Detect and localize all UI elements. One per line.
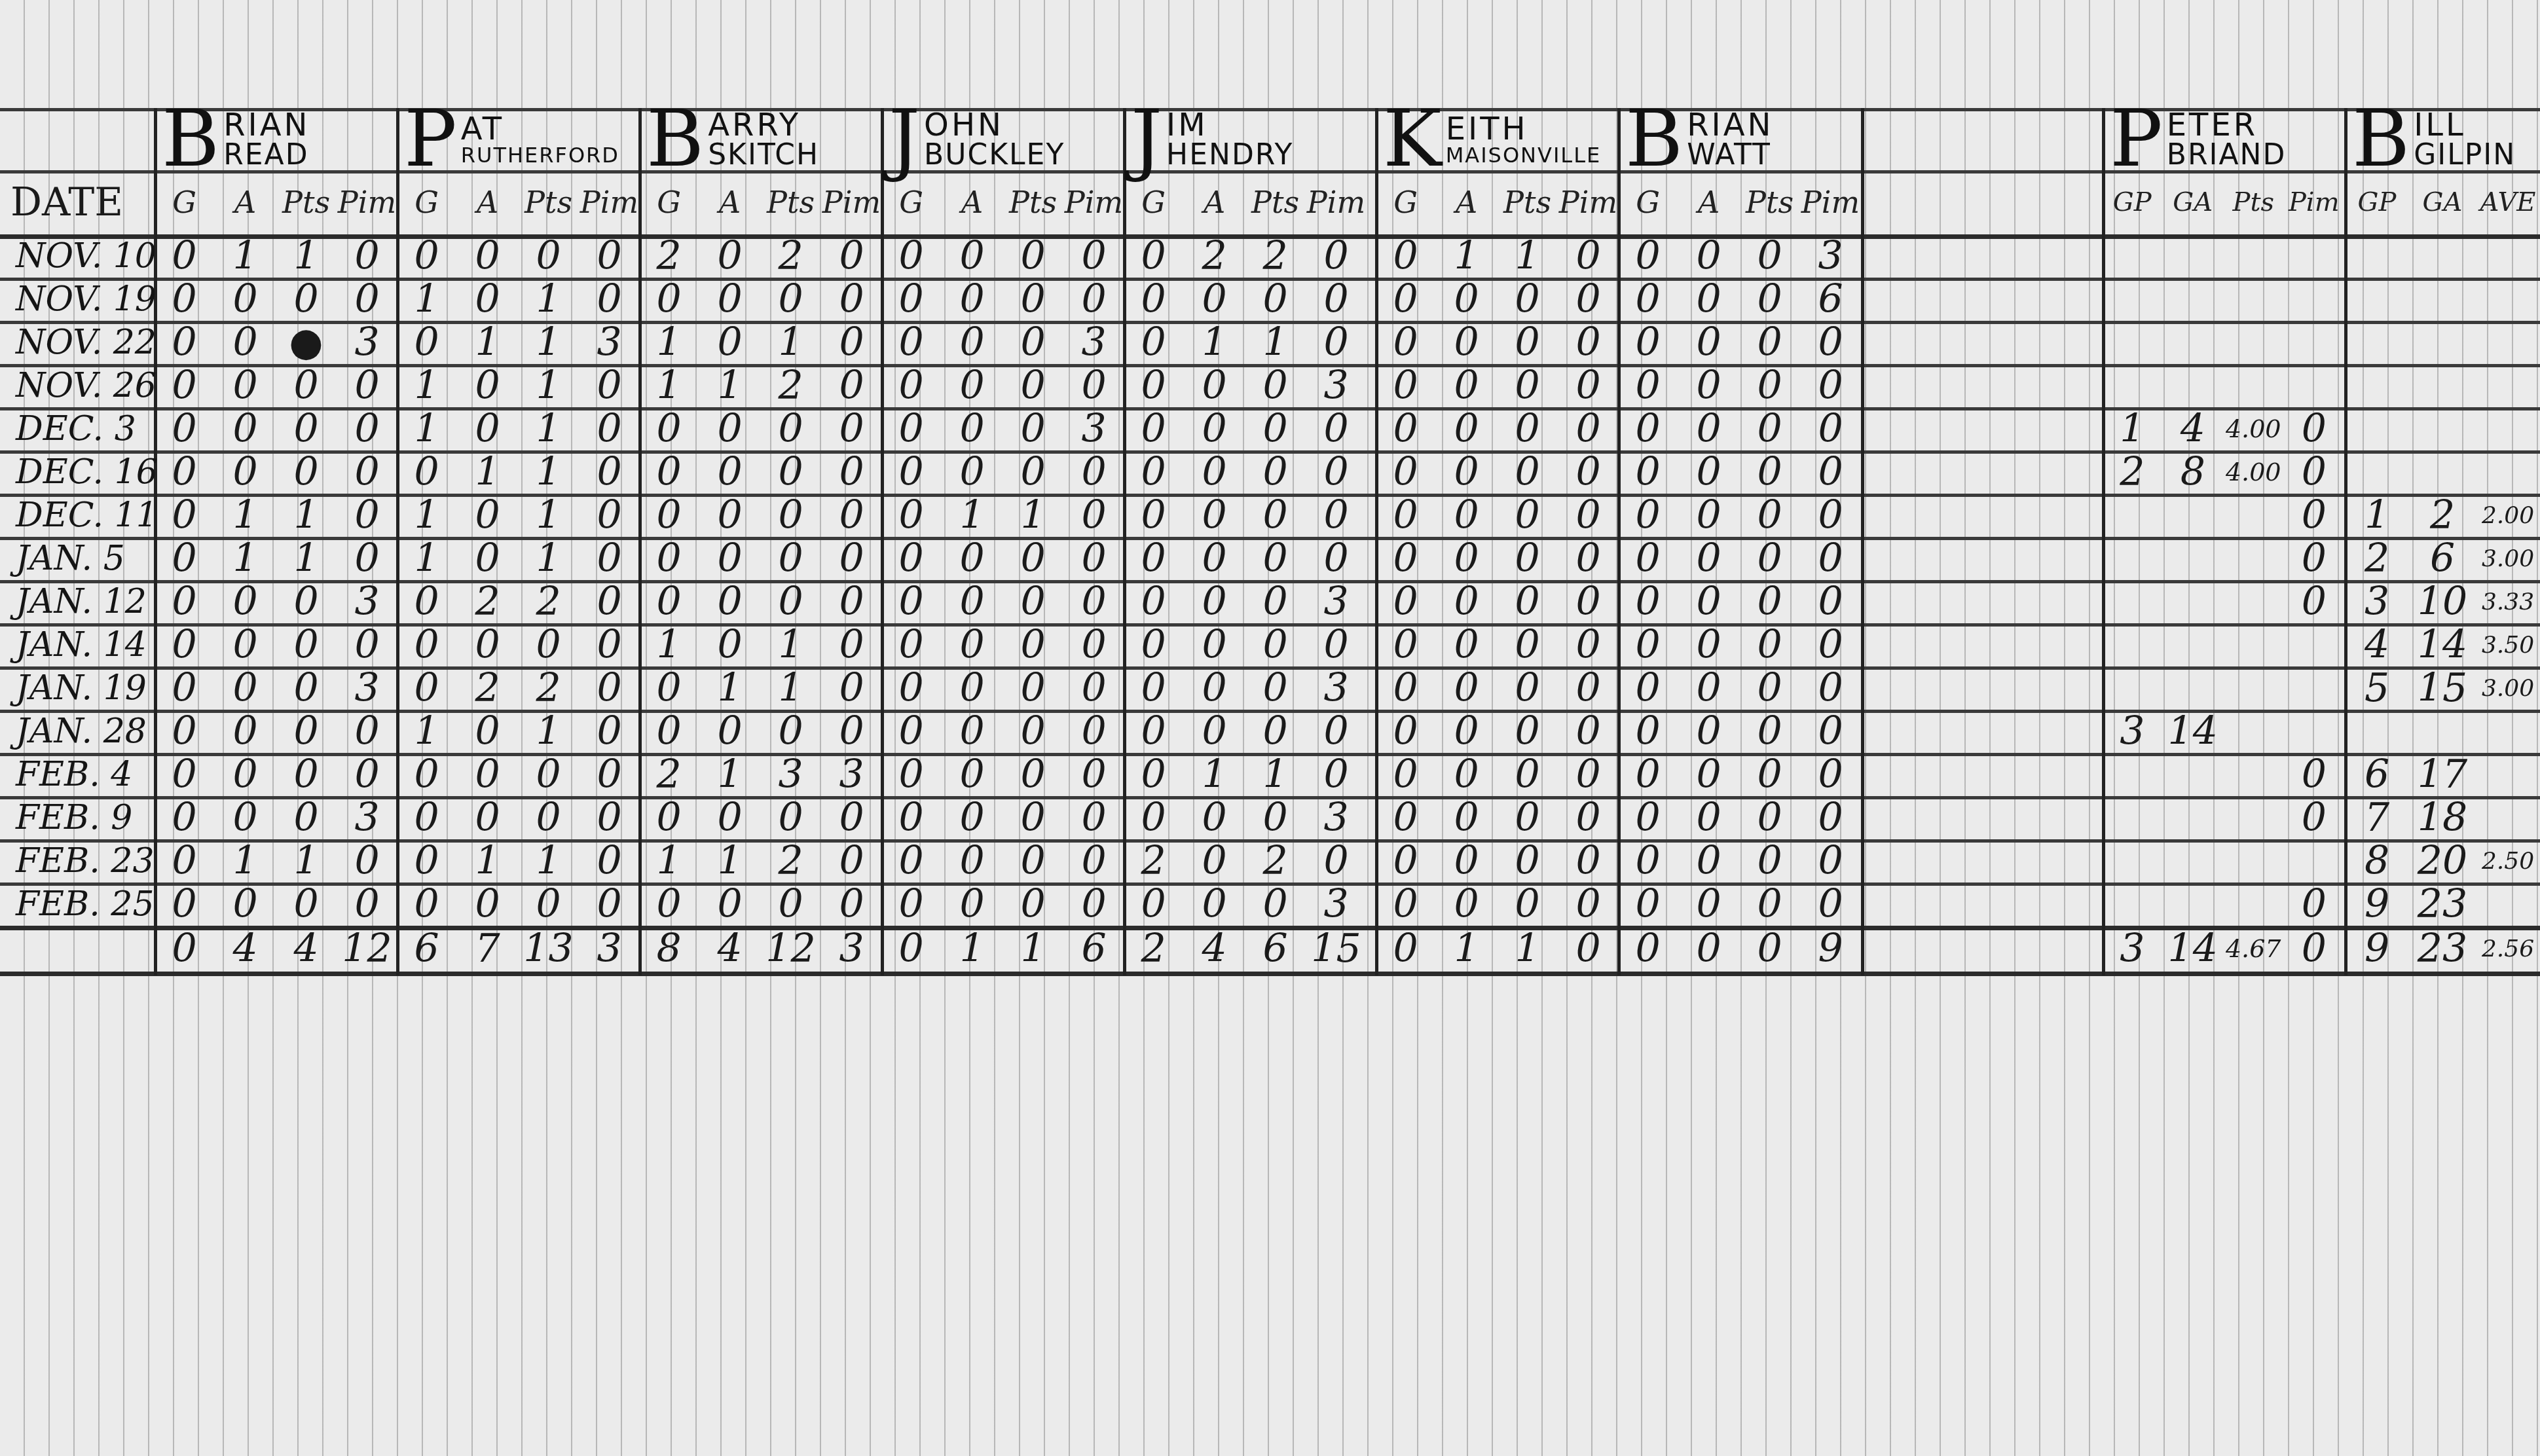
goalie-stat-header: GP [2344, 170, 2410, 234]
goalie-stat-cell: 2 [2410, 494, 2475, 537]
stat-cell: 0 [215, 364, 276, 407]
stat-cell: 0 [699, 580, 760, 623]
goalie-stat-cell: 3 [2102, 710, 2163, 753]
stat-cell: 0 [1375, 666, 1436, 710]
goalie-stat-cell [2223, 753, 2284, 796]
goalie-stat-cell [2410, 321, 2475, 364]
goalie-stat-cell [2163, 278, 2224, 321]
stat-cell: 0 [1678, 321, 1739, 364]
goalie-stat-cell [2102, 623, 2163, 666]
stat-cell: 0 [1739, 839, 1800, 883]
stat-cell: 0 [1678, 407, 1739, 450]
stat-cell: 0 [1497, 753, 1558, 796]
stat-cell: 0 [579, 234, 640, 278]
last-name: SKITCH [708, 141, 819, 170]
goalie-stat-cell: 2 [2344, 537, 2410, 580]
stat-cell: 0 [1617, 407, 1678, 450]
stat-cell: 0 [579, 753, 640, 796]
goalie-stat-cell: 6 [2410, 537, 2475, 580]
stat-cell: 0 [518, 234, 579, 278]
stat-cell: 0 [1003, 278, 1063, 321]
stat-header: Pts [1245, 170, 1306, 234]
goalie-stat-cell [2102, 278, 2163, 321]
stat-cell: 0 [821, 407, 882, 450]
season-total: 1 [1003, 926, 1063, 972]
stat-cell: 0 [1306, 234, 1367, 278]
stat-cell: 0 [1245, 883, 1306, 926]
stat-cell: 0 [821, 321, 882, 364]
stat-cell: 0 [579, 364, 640, 407]
stat-cell: 1 [518, 450, 579, 494]
goalie-stat-cell: 3.00 [2475, 666, 2540, 710]
stat-cell: 0 [638, 494, 699, 537]
goalie-stat-cell: 4.00 [2223, 407, 2284, 450]
goalie-stat-cell [2475, 753, 2540, 796]
stat-cell: 0 [1306, 710, 1367, 753]
stat-cell: 0 [154, 710, 215, 753]
stat-cell: 1 [942, 494, 1003, 537]
goalie-stat-cell [2284, 839, 2345, 883]
first-name: ETER [2167, 109, 2287, 141]
stat-header: G [1375, 170, 1436, 234]
stat-cell: 0 [1306, 494, 1367, 537]
stat-cell: 0 [1123, 321, 1184, 364]
stat-cell: 0 [1063, 278, 1124, 321]
season-total: 6 [1063, 926, 1124, 972]
stat-cell: 0 [154, 450, 215, 494]
stat-cell: 0 [276, 450, 337, 494]
goalie-stat-header: GA [2163, 170, 2224, 234]
stat-cell: 0 [1558, 234, 1619, 278]
stat-cell: 0 [457, 753, 518, 796]
stat-cell: 0 [1497, 580, 1558, 623]
stat-cell: 0 [942, 321, 1003, 364]
stat-cell: 0 [1617, 450, 1678, 494]
player-name-header: PATRUTHERFORD [404, 108, 640, 170]
stat-cell: 0 [942, 710, 1003, 753]
stat-cell: 0 [1497, 407, 1558, 450]
stat-cell: 2 [457, 580, 518, 623]
goalie-stat-cell [2223, 839, 2284, 883]
stat-cell: 0 [821, 623, 882, 666]
stat-cell: 0 [337, 278, 397, 321]
stat-cell: 0 [1558, 537, 1619, 580]
stat-cell: 0 [1678, 234, 1739, 278]
stat-cell: 0 [1800, 623, 1861, 666]
stat-cell: 0 [881, 666, 942, 710]
stat-cell: 0 [1678, 753, 1739, 796]
stat-cell: 2 [1184, 234, 1245, 278]
stat-cell: 0 [942, 234, 1003, 278]
game-date: NOV. 26 [0, 364, 170, 407]
goalie-stat-cell: 6 [2344, 753, 2410, 796]
stat-cell: 0 [579, 710, 640, 753]
stat-cell: 0 [154, 796, 215, 839]
stat-cell: 0 [1063, 494, 1124, 537]
stat-cell: 0 [457, 537, 518, 580]
player-name-header: KEITHMAISONVILLE [1383, 108, 1619, 170]
goalie-stat-cell [2163, 666, 2224, 710]
stat-cell: 0 [821, 537, 882, 580]
stat-header: Pts [518, 170, 579, 234]
stat-cell: 0 [821, 450, 882, 494]
goalie-stat-cell: 3 [2344, 580, 2410, 623]
stat-cell: 0 [396, 450, 457, 494]
player-name-header: PETERBRIAND [2110, 108, 2344, 170]
stat-cell: 1 [699, 753, 760, 796]
first-name: AT [461, 113, 619, 145]
stat-cell: 0 [821, 883, 882, 926]
stat-cell: 0 [457, 883, 518, 926]
stat-cell: 0 [881, 407, 942, 450]
goalie-stat-cell [2344, 450, 2410, 494]
stat-cell: 0 [1436, 450, 1497, 494]
stat-cell: 1 [518, 321, 579, 364]
stat-cell: 1 [276, 234, 337, 278]
goalie-stat-cell [2163, 883, 2224, 926]
stat-cell: 0 [1245, 364, 1306, 407]
stat-cell: 0 [699, 623, 760, 666]
stat-cell: 2 [638, 753, 699, 796]
stat-cell: 0 [1375, 234, 1436, 278]
stat-cell: 0 [1800, 321, 1861, 364]
stat-cell: 3 [579, 321, 640, 364]
goalie-season-total: 2.56 [2475, 926, 2540, 972]
goalie-stat-cell [2163, 623, 2224, 666]
stat-cell: 0 [1003, 234, 1063, 278]
stat-cell: 0 [396, 796, 457, 839]
stat-cell: 0 [760, 580, 821, 623]
stat-cell: 1 [518, 278, 579, 321]
stat-cell: 0 [1558, 278, 1619, 321]
stat-cell: 1 [518, 407, 579, 450]
stat-cell: 0 [215, 321, 276, 364]
goalie-stat-cell [2284, 710, 2345, 753]
game-date: JAN. 5 [0, 537, 170, 580]
stat-cell: 0 [760, 537, 821, 580]
goalie-stat-cell [2475, 450, 2540, 494]
stat-cell: 2 [1245, 839, 1306, 883]
stat-cell: 0 [1558, 623, 1619, 666]
stat-cell: 0 [942, 623, 1003, 666]
stat-cell: 2 [760, 234, 821, 278]
season-total: 0 [1558, 926, 1619, 972]
season-total: 1 [1436, 926, 1497, 972]
stat-cell: 0 [1617, 710, 1678, 753]
stat-cell: 0 [1558, 710, 1619, 753]
goalie-stat-header: GA [2410, 170, 2475, 234]
season-total: 7 [457, 926, 518, 972]
goalie-season-total: 23 [2410, 926, 2475, 972]
stat-header: G [638, 170, 699, 234]
stat-cell: 0 [154, 666, 215, 710]
stat-cell: 0 [1123, 753, 1184, 796]
stat-cell: 0 [276, 753, 337, 796]
goalie-stat-cell [2284, 364, 2345, 407]
stat-cell: 0 [154, 407, 215, 450]
stat-cell: 0 [699, 234, 760, 278]
goalie-stat-cell: 0 [2284, 407, 2345, 450]
stat-cell: 0 [1739, 883, 1800, 926]
stat-header: A [1184, 170, 1245, 234]
stat-cell: 0 [457, 796, 518, 839]
game-date: DEC. 3 [0, 407, 170, 450]
goalie-stat-cell: 0 [2284, 580, 2345, 623]
goalie-stat-cell [2344, 234, 2410, 278]
goalie-stat-cell [2284, 623, 2345, 666]
stat-cell: 0 [1497, 278, 1558, 321]
stat-cell: 3 [1800, 234, 1861, 278]
stat-cell: 0 [1558, 407, 1619, 450]
stat-cell: 0 [760, 450, 821, 494]
stat-cell: 0 [1436, 623, 1497, 666]
goalie-stat-cell [2163, 537, 2224, 580]
stat-cell: 0 [1436, 494, 1497, 537]
stat-cell: 0 [1123, 278, 1184, 321]
goalie-stat-header: Pts [2223, 170, 2284, 234]
stat-cell: 0 [1617, 753, 1678, 796]
stat-cell: 0 [1739, 796, 1800, 839]
stat-cell: 0 [1739, 321, 1800, 364]
goalie-stat-cell [2410, 710, 2475, 753]
goalie-stat-cell: 0 [2284, 494, 2345, 537]
goalie-stat-cell [2475, 407, 2540, 450]
stat-header: A [1436, 170, 1497, 234]
stat-cell: 3 [1306, 796, 1367, 839]
stat-cell: ● [276, 321, 337, 364]
stat-cell: 0 [1617, 321, 1678, 364]
stat-cell: 0 [881, 839, 942, 883]
season-total: 4 [1184, 926, 1245, 972]
stat-cell: 0 [337, 234, 397, 278]
stat-cell: 0 [1739, 623, 1800, 666]
stat-cell: 0 [1063, 666, 1124, 710]
stat-cell: 0 [1003, 710, 1063, 753]
stat-cell: 0 [1800, 537, 1861, 580]
stat-cell: 0 [215, 450, 276, 494]
stat-cell: 0 [154, 321, 215, 364]
goalie-stat-cell [2163, 234, 2224, 278]
stat-cell: 1 [518, 839, 579, 883]
season-total: 0 [1739, 926, 1800, 972]
stat-header: G [154, 170, 215, 234]
stat-cell: 0 [215, 580, 276, 623]
goalie-stat-cell [2344, 710, 2410, 753]
stat-cell: 0 [518, 623, 579, 666]
last-name: BUCKLEY [924, 141, 1065, 170]
stat-cell: 0 [1678, 450, 1739, 494]
stat-cell: 0 [215, 278, 276, 321]
stat-header: A [699, 170, 760, 234]
game-date: FEB. 23 [0, 839, 170, 883]
season-total: 4 [699, 926, 760, 972]
stat-cell: 0 [760, 407, 821, 450]
stat-cell: 0 [337, 883, 397, 926]
stat-cell: 0 [1800, 407, 1861, 450]
goalie-stat-cell [2163, 839, 2224, 883]
stat-cell: 0 [1436, 407, 1497, 450]
stat-cell: 0 [1800, 580, 1861, 623]
stat-cell: 0 [1375, 450, 1436, 494]
stat-cell: 0 [1617, 278, 1678, 321]
season-total: 4 [215, 926, 276, 972]
stat-cell: 0 [1063, 580, 1124, 623]
stat-cell: 0 [337, 623, 397, 666]
stat-cell: 1 [1497, 234, 1558, 278]
last-name: WATT [1687, 141, 1773, 170]
stat-cell: 0 [579, 278, 640, 321]
stat-cell: 0 [1184, 666, 1245, 710]
stat-cell: 0 [1617, 494, 1678, 537]
season-total: 2 [1123, 926, 1184, 972]
stat-cell: 0 [457, 407, 518, 450]
goalie-stat-cell [2102, 753, 2163, 796]
stat-cell: 0 [1123, 364, 1184, 407]
season-total: 6 [396, 926, 457, 972]
stat-cell: 0 [821, 364, 882, 407]
stat-cell: 0 [1558, 753, 1619, 796]
stat-cell: 0 [215, 883, 276, 926]
stat-cell: 0 [1003, 407, 1063, 450]
stat-cell: 0 [457, 710, 518, 753]
stat-cell: 0 [1123, 666, 1184, 710]
stat-cell: 0 [638, 537, 699, 580]
stat-cell: 0 [1375, 710, 1436, 753]
first-name: ARRY [708, 109, 819, 141]
stat-cell: 0 [1497, 364, 1558, 407]
stat-cell: 0 [1123, 796, 1184, 839]
stat-header: Pim [337, 170, 397, 234]
stat-cell: 0 [1245, 796, 1306, 839]
stat-cell: 0 [1123, 537, 1184, 580]
stat-cell: 1 [396, 278, 457, 321]
stat-cell: 0 [1003, 623, 1063, 666]
stat-cell: 0 [760, 494, 821, 537]
goalie-stat-header: GP [2102, 170, 2163, 234]
stat-cell: 0 [518, 883, 579, 926]
stat-cell: 0 [1184, 710, 1245, 753]
goalie-stat-cell [2163, 321, 2224, 364]
stat-cell: 0 [1003, 839, 1063, 883]
stat-cell: 1 [638, 623, 699, 666]
stat-cell: 0 [1739, 364, 1800, 407]
stat-cell: 0 [1184, 407, 1245, 450]
goalie-stat-cell [2344, 364, 2410, 407]
stat-cell: 0 [1617, 666, 1678, 710]
stat-cell: 0 [1436, 666, 1497, 710]
goalie-stat-cell: 4.00 [2223, 450, 2284, 494]
stat-cell: 0 [638, 580, 699, 623]
stat-cell: 0 [1678, 839, 1739, 883]
stat-header: A [1678, 170, 1739, 234]
stat-cell: 0 [1245, 450, 1306, 494]
stat-cell: 1 [396, 710, 457, 753]
stat-cell: 1 [396, 494, 457, 537]
goalie-stat-cell [2163, 753, 2224, 796]
stat-cell: 0 [881, 580, 942, 623]
stat-cell: 0 [881, 321, 942, 364]
stat-cell: 1 [760, 623, 821, 666]
stat-header: G [1617, 170, 1678, 234]
stat-cell: 0 [457, 494, 518, 537]
stat-cell: 1 [638, 839, 699, 883]
stat-cell: 0 [1678, 666, 1739, 710]
goalie-stat-cell: 2 [2102, 450, 2163, 494]
stat-cell: 0 [579, 883, 640, 926]
stat-cell: 0 [1245, 666, 1306, 710]
goalie-stat-cell [2344, 278, 2410, 321]
stat-cell: 0 [215, 407, 276, 450]
stat-cell: 0 [638, 710, 699, 753]
stat-cell: 0 [154, 537, 215, 580]
stat-cell: 0 [1558, 839, 1619, 883]
stat-cell: 0 [337, 450, 397, 494]
stat-cell: 0 [1306, 839, 1367, 883]
stat-cell: 0 [1375, 753, 1436, 796]
stat-cell: 0 [1003, 580, 1063, 623]
stat-cell: 0 [1003, 364, 1063, 407]
stat-cell: 0 [1436, 580, 1497, 623]
stat-header: A [457, 170, 518, 234]
goalie-stat-cell [2223, 710, 2284, 753]
stat-cell: 0 [1800, 450, 1861, 494]
stat-cell: 0 [699, 537, 760, 580]
goalie-stat-header: Pim [2284, 170, 2345, 234]
game-date: JAN. 19 [0, 666, 170, 710]
season-total: 8 [638, 926, 699, 972]
stat-cell: 0 [821, 666, 882, 710]
stat-cell: 0 [1678, 494, 1739, 537]
goalie-stat-cell: 9 [2344, 883, 2410, 926]
stat-cell: 0 [1739, 666, 1800, 710]
stat-cell: 0 [1739, 407, 1800, 450]
stat-cell: 0 [579, 580, 640, 623]
game-date: DEC. 16 [0, 450, 170, 494]
stat-cell: 0 [1436, 753, 1497, 796]
player-name-header: BRIANWATT [1625, 108, 1861, 170]
stat-cell: 0 [1678, 710, 1739, 753]
stat-cell: 0 [1184, 839, 1245, 883]
stat-cell: 0 [1306, 537, 1367, 580]
stat-cell: 0 [457, 234, 518, 278]
stat-cell: 0 [942, 839, 1003, 883]
stat-cell: 0 [1003, 537, 1063, 580]
goalie-stat-cell [2410, 407, 2475, 450]
goalie-season-total: 4.67 [2223, 926, 2284, 972]
stat-cell: 0 [1306, 450, 1367, 494]
stat-cell: 0 [1063, 234, 1124, 278]
goalie-stat-cell: 0 [2284, 537, 2345, 580]
stat-cell: 0 [1497, 796, 1558, 839]
stat-header: A [215, 170, 276, 234]
stat-cell: 0 [154, 839, 215, 883]
player-name-header: BARRYSKITCH [646, 108, 882, 170]
goalie-stat-cell [2475, 796, 2540, 839]
stat-cell: 0 [1436, 364, 1497, 407]
stat-cell: 0 [699, 278, 760, 321]
stat-header: Pts [760, 170, 821, 234]
stat-cell: 0 [699, 883, 760, 926]
goalie-stat-cell [2102, 364, 2163, 407]
stat-cell: 0 [1003, 450, 1063, 494]
stat-cell: 0 [1739, 710, 1800, 753]
stat-cell: 0 [1375, 580, 1436, 623]
stat-cell: 0 [1558, 450, 1619, 494]
player-name-header: BRIANREAD [162, 108, 397, 170]
stat-cell: 1 [396, 407, 457, 450]
stat-cell: 0 [1123, 883, 1184, 926]
season-total: 6 [1245, 926, 1306, 972]
